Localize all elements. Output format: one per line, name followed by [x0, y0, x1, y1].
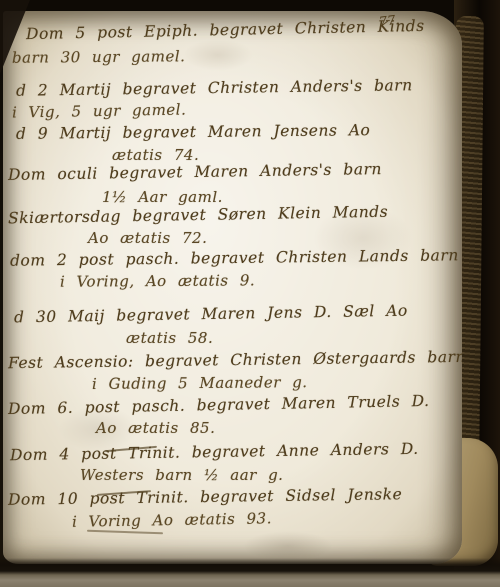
- burial-entry-line: i Voring, Ao ætatis 9.: [60, 271, 255, 290]
- burial-entry-line: Ao ætatis 85.: [96, 419, 215, 437]
- paper-stain: [183, 39, 253, 71]
- burial-entry-line: Dom 6. post pasch. begravet Maren Truels…: [8, 392, 430, 418]
- burial-entry-line: Ao ætatis 72.: [88, 229, 207, 247]
- burial-entry-line: i Vig, 5 ugr gamel.: [12, 100, 187, 121]
- burial-entry-line: dom 2 post pasch. begravet Christen Land…: [10, 246, 459, 269]
- burial-entry-line: d 9 Martij begravet Maren Jensens Ao: [16, 121, 370, 143]
- burial-entry-line: ætatis 58.: [126, 329, 213, 347]
- burial-entry-line: i Voring Ao ætatis 93.: [72, 509, 272, 530]
- paper-stain: [243, 531, 333, 561]
- burial-entry-line: Dom oculi begravet Maren Anders's barn: [8, 160, 382, 184]
- burial-entry-line: Dom 10 post Trinit. begravet Sidsel Jens…: [8, 485, 402, 509]
- burial-entry-line: d 2 Martij begravet Christen Anders's ba…: [16, 76, 413, 100]
- burial-entry-line: barn 30 ugr gamel.: [12, 47, 186, 67]
- burial-entry-line: Westers barn ½ aar g.: [80, 466, 283, 484]
- pen-flourish: [87, 530, 163, 535]
- burial-entry-line: Fest Ascensio: begravet Christen Østerga…: [8, 348, 462, 372]
- burial-entry-line: ætatis 74.: [112, 146, 199, 164]
- manuscript-photo: 77. Dom 5 post Epiph. begravet Christen …: [0, 0, 500, 587]
- manuscript-page: 77. Dom 5 post Epiph. begravet Christen …: [3, 11, 462, 564]
- burial-entry-line: d 30 Maij begravet Maren Jens D. Sæl Ao: [14, 302, 408, 327]
- burial-entry-line: i Guding 5 Maaneder g.: [92, 373, 308, 393]
- table-surface: [0, 558, 500, 587]
- burial-entry-line: 1½ Aar gaml.: [102, 188, 223, 206]
